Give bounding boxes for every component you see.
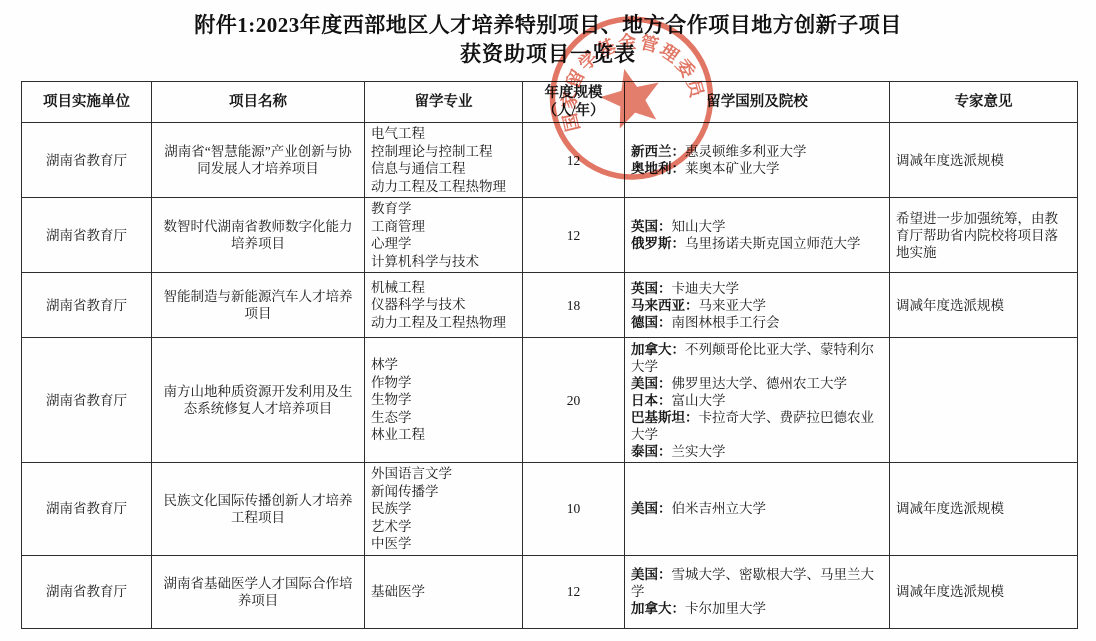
country-school-line: 新西兰：惠灵顿维多利亚大学	[631, 143, 883, 160]
cell-majors: 电气工程控制理论与控制工程信息与通信工程动力工程及工程热物理	[365, 123, 523, 198]
major-line: 民族学	[371, 500, 516, 518]
school-names: 伯米吉州立大学	[672, 501, 767, 516]
school-names: 莱奥本矿业大学	[685, 161, 780, 176]
cell-expert-opinion: 调减年度选派规模	[890, 123, 1078, 198]
table-body: 湖南省教育厅湖南省“智慧能源”产业创新与协同发展人才培养项目电气工程控制理论与控…	[22, 123, 1078, 629]
column-header-5: 专家意见	[890, 82, 1078, 123]
country-school-line: 巴基斯坦：卡拉奇大学、费萨拉巴德农业大学	[631, 409, 883, 443]
cell-countries-schools: 英国：卡迪夫大学马来西亚：马来亚大学德国：南图林根手工行会	[625, 273, 890, 338]
country-school-line: 日本：富山大学	[631, 392, 883, 409]
country-school-line: 美国：伯米吉州立大学	[631, 500, 883, 517]
cell-annual-scale: 12	[523, 123, 625, 198]
cell-countries-schools: 美国：雪城大学、密歇根大学、马里兰大学加拿大：卡尔加里大学	[625, 555, 890, 628]
country-school-line: 马来西亚：马来亚大学	[631, 297, 883, 314]
cell-majors: 教育学工商管理心理学计算机科学与技术	[365, 198, 523, 273]
school-names: 卡迪夫大学	[672, 281, 740, 296]
country-label: 巴基斯坦：	[631, 410, 699, 425]
country-label: 马来西亚：	[631, 298, 699, 313]
school-names: 乌里扬诺夫斯克国立师范大学	[685, 236, 861, 251]
cell-project-name: 智能制造与新能源汽车人才培养项目	[152, 273, 365, 338]
cell-expert-opinion: 希望进一步加强统筹，由教育厅帮助省内院校将项目落地实施	[890, 198, 1078, 273]
table-row: 湖南省教育厅智能制造与新能源汽车人才培养项目机械工程仪器科学与技术动力工程及工程…	[22, 273, 1078, 338]
column-header-0: 项目实施单位	[22, 82, 152, 123]
school-names: 知山大学	[672, 219, 726, 234]
cell-majors: 外国语言文学新闻传播学民族学艺术学中医学	[365, 463, 523, 556]
table-row: 湖南省教育厅湖南省基础医学人才国际合作培养项目基础医学12美国：雪城大学、密歇根…	[22, 555, 1078, 628]
table-row: 湖南省教育厅南方山地种质资源开发利用及生态系统修复人才培养项目林学作物学生物学生…	[22, 338, 1078, 463]
document-title: 附件1:2023年度西部地区人才培养特别项目、地方合作项目地方创新子项目 获资助…	[0, 10, 1096, 69]
grant-project-table: 项目实施单位项目名称留学专业年度规模 （人/年）留学国别及院校专家意见 湖南省教…	[21, 81, 1078, 629]
cell-implementing-unit: 湖南省教育厅	[22, 273, 152, 338]
country-label: 英国：	[631, 219, 672, 234]
major-line: 作物学	[371, 374, 516, 392]
cell-countries-schools: 美国：伯米吉州立大学	[625, 463, 890, 556]
school-names: 兰实大学	[672, 444, 726, 459]
major-line: 基础医学	[371, 583, 516, 601]
cell-implementing-unit: 湖南省教育厅	[22, 555, 152, 628]
cell-annual-scale: 18	[523, 273, 625, 338]
cell-implementing-unit: 湖南省教育厅	[22, 123, 152, 198]
country-label: 新西兰：	[631, 144, 685, 159]
cell-annual-scale: 12	[523, 198, 625, 273]
major-line: 林业工程	[371, 426, 516, 444]
column-header-2: 留学专业	[365, 82, 523, 123]
major-line: 电气工程	[371, 125, 516, 143]
major-line: 生物学	[371, 391, 516, 409]
major-line: 心理学	[371, 235, 516, 253]
table-row: 湖南省教育厅民族文化国际传播创新人才培养工程项目外国语言文学新闻传播学民族学艺术…	[22, 463, 1078, 556]
cell-countries-schools: 加拿大：不列颠哥伦比亚大学、蒙特利尔大学美国：佛罗里达大学、德州农工大学日本：富…	[625, 338, 890, 463]
country-label: 美国：	[631, 567, 672, 582]
header-row: 项目实施单位项目名称留学专业年度规模 （人/年）留学国别及院校专家意见	[22, 82, 1078, 123]
table-row: 湖南省教育厅数智时代湖南省教师数字化能力培养项目教育学工商管理心理学计算机科学与…	[22, 198, 1078, 273]
cell-annual-scale: 10	[523, 463, 625, 556]
country-label: 俄罗斯：	[631, 236, 685, 251]
cell-implementing-unit: 湖南省教育厅	[22, 198, 152, 273]
column-header-1: 项目名称	[152, 82, 365, 123]
major-line: 教育学	[371, 200, 516, 218]
country-school-line: 加拿大：卡尔加里大学	[631, 600, 883, 617]
cell-majors: 林学作物学生物学生态学林业工程	[365, 338, 523, 463]
country-label: 泰国：	[631, 444, 672, 459]
cell-expert-opinion	[890, 338, 1078, 463]
table-header-row: 项目实施单位项目名称留学专业年度规模 （人/年）留学国别及院校专家意见	[22, 82, 1078, 123]
cell-project-name: 南方山地种质资源开发利用及生态系统修复人才培养项目	[152, 338, 365, 463]
column-header-4: 留学国别及院校	[625, 82, 890, 123]
country-school-line: 美国：雪城大学、密歇根大学、马里兰大学	[631, 566, 883, 600]
title-line-1: 附件1:2023年度西部地区人才培养特别项目、地方合作项目地方创新子项目	[0, 10, 1096, 40]
cell-project-name: 湖南省基础医学人才国际合作培养项目	[152, 555, 365, 628]
country-school-line: 加拿大：不列颠哥伦比亚大学、蒙特利尔大学	[631, 341, 883, 375]
column-header-3: 年度规模 （人/年）	[523, 82, 625, 123]
cell-project-name: 湖南省“智慧能源”产业创新与协同发展人才培养项目	[152, 123, 365, 198]
cell-majors: 基础医学	[365, 555, 523, 628]
major-line: 工商管理	[371, 218, 516, 236]
major-line: 外国语言文学	[371, 465, 516, 483]
major-line: 新闻传播学	[371, 483, 516, 501]
major-line: 控制理论与控制工程	[371, 143, 516, 161]
country-label: 美国：	[631, 501, 672, 516]
cell-majors: 机械工程仪器科学与技术动力工程及工程热物理	[365, 273, 523, 338]
cell-annual-scale: 12	[523, 555, 625, 628]
cell-implementing-unit: 湖南省教育厅	[22, 463, 152, 556]
cell-countries-schools: 英国：知山大学俄罗斯：乌里扬诺夫斯克国立师范大学	[625, 198, 890, 273]
major-line: 动力工程及工程热物理	[371, 178, 516, 196]
cell-project-name: 数智时代湖南省教师数字化能力培养项目	[152, 198, 365, 273]
major-line: 仪器科学与技术	[371, 296, 516, 314]
school-names: 马来亚大学	[699, 298, 767, 313]
country-label: 德国：	[631, 315, 672, 330]
country-label: 日本：	[631, 393, 672, 408]
table-row: 湖南省教育厅湖南省“智慧能源”产业创新与协同发展人才培养项目电气工程控制理论与控…	[22, 123, 1078, 198]
school-names: 惠灵顿维多利亚大学	[685, 144, 807, 159]
country-school-line: 俄罗斯：乌里扬诺夫斯克国立师范大学	[631, 235, 883, 252]
major-line: 林学	[371, 356, 516, 374]
country-label: 加拿大：	[631, 601, 685, 616]
cell-expert-opinion: 调减年度选派规模	[890, 555, 1078, 628]
country-label: 加拿大：	[631, 342, 685, 357]
cell-implementing-unit: 湖南省教育厅	[22, 338, 152, 463]
cell-project-name: 民族文化国际传播创新人才培养工程项目	[152, 463, 365, 556]
cell-expert-opinion: 调减年度选派规模	[890, 463, 1078, 556]
country-school-line: 英国：卡迪夫大学	[631, 280, 883, 297]
country-school-line: 美国：佛罗里达大学、德州农工大学	[631, 375, 883, 392]
major-line: 机械工程	[371, 279, 516, 297]
school-names: 佛罗里达大学、德州农工大学	[672, 376, 848, 391]
country-school-line: 英国：知山大学	[631, 218, 883, 235]
major-line: 生态学	[371, 409, 516, 427]
school-names: 南图林根手工行会	[672, 315, 780, 330]
country-school-line: 奥地利：莱奥本矿业大学	[631, 160, 883, 177]
country-school-line: 德国：南图林根手工行会	[631, 314, 883, 331]
major-line: 中医学	[371, 535, 516, 553]
school-names: 卡尔加里大学	[685, 601, 766, 616]
document-page: 附件1:2023年度西部地区人才培养特别项目、地方合作项目地方创新子项目 获资助…	[0, 0, 1096, 641]
major-line: 信息与通信工程	[371, 160, 516, 178]
title-line-2: 获资助项目一览表	[0, 40, 1096, 69]
country-label: 英国：	[631, 281, 672, 296]
country-label: 美国：	[631, 376, 672, 391]
major-line: 艺术学	[371, 518, 516, 536]
cell-expert-opinion: 调减年度选派规模	[890, 273, 1078, 338]
cell-countries-schools: 新西兰：惠灵顿维多利亚大学奥地利：莱奥本矿业大学	[625, 123, 890, 198]
cell-annual-scale: 20	[523, 338, 625, 463]
country-school-line: 泰国：兰实大学	[631, 443, 883, 460]
major-line: 计算机科学与技术	[371, 253, 516, 271]
major-line: 动力工程及工程热物理	[371, 314, 516, 332]
country-label: 奥地利：	[631, 161, 685, 176]
school-names: 富山大学	[672, 393, 726, 408]
